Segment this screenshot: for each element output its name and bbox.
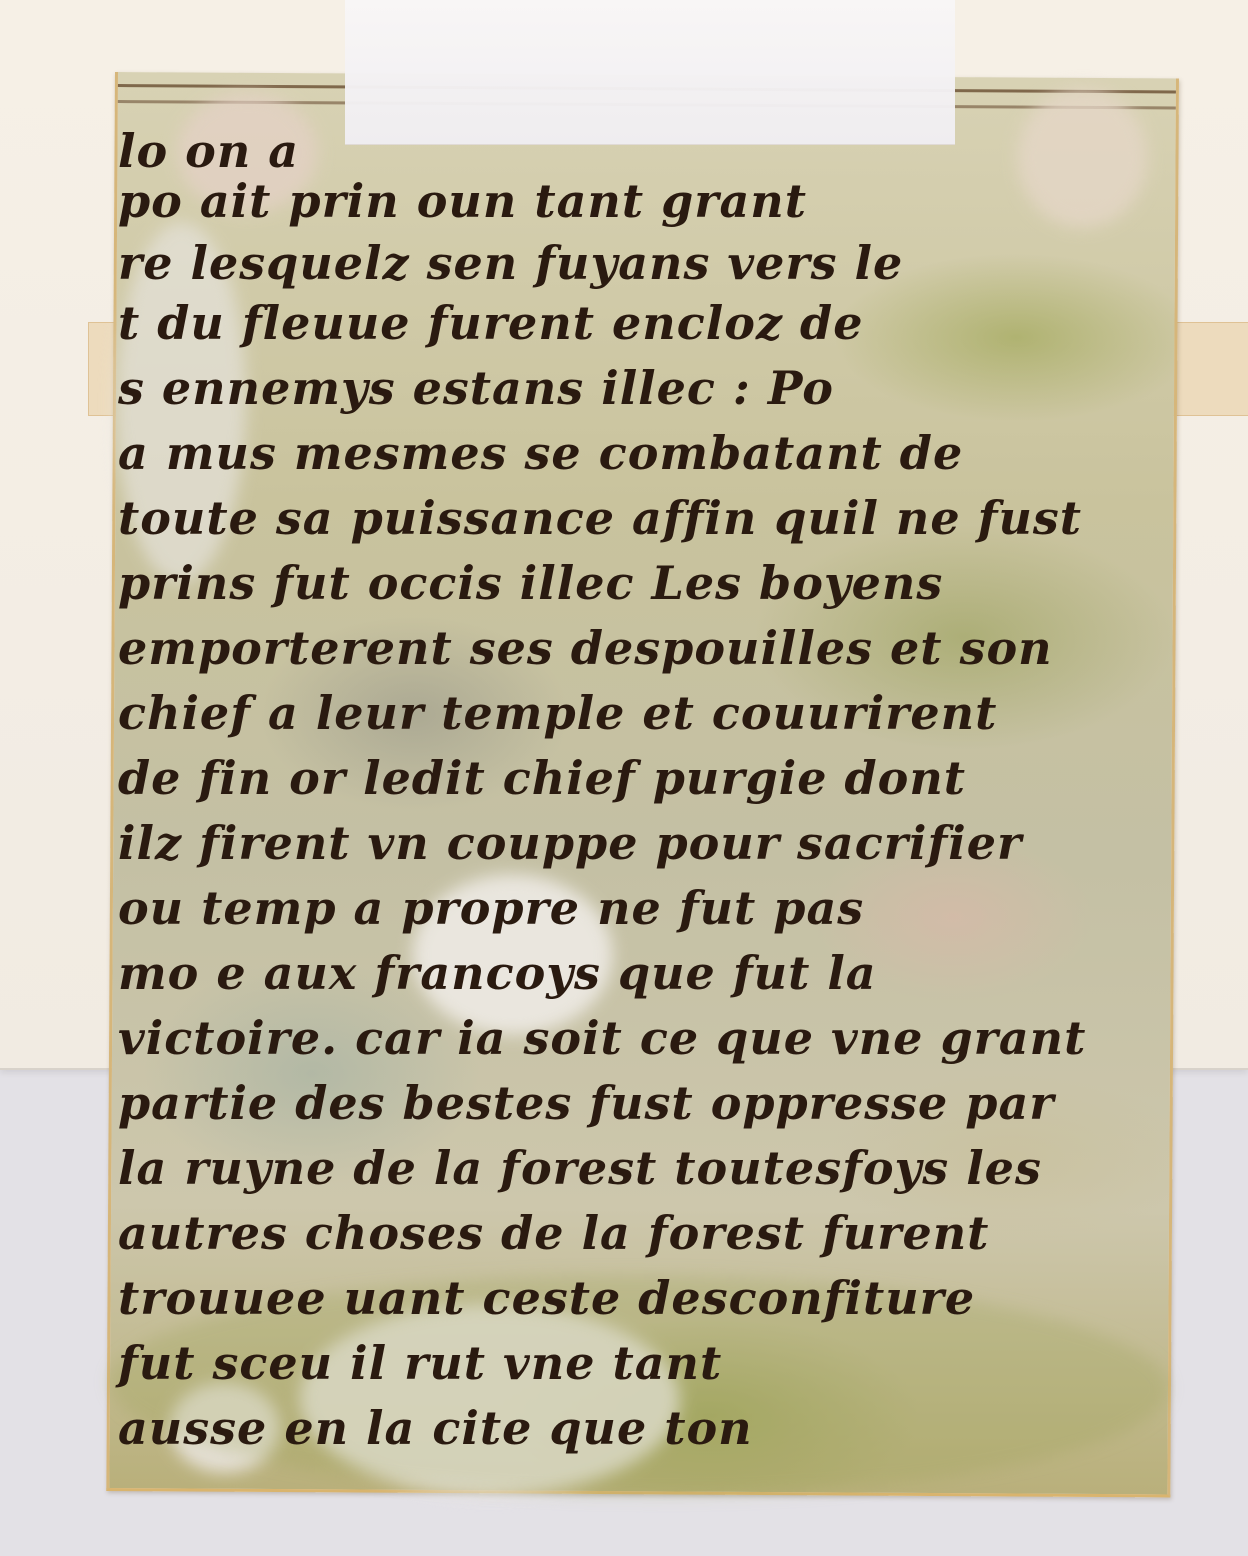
text-line: toute sa puissance affin quil ne fust — [118, 495, 1082, 541]
text-line: victoire. car ia soit ce que vne grant — [118, 1015, 1086, 1061]
text-line: mo e aux francoys que fut la — [118, 950, 877, 996]
text-line: de fin or ledit chief purgie dont — [118, 755, 966, 801]
text-line: prins fut occis illec Les boyens — [118, 560, 943, 606]
text-line: lo on a — [118, 128, 299, 174]
text-line: chief a leur temple et couurirent — [118, 690, 997, 736]
text-line: t du fleuue furent encloz de — [118, 300, 863, 346]
text-line: partie des bestes fust oppresse par — [118, 1080, 1055, 1126]
text-line: autres choses de la forest furent — [118, 1210, 989, 1256]
top-tape — [345, 0, 955, 145]
text-line: ilz firent vn couppe pour sacrifier — [118, 820, 1022, 866]
text-line: s ennemys estans illec : Po — [118, 365, 834, 411]
text-line: la ruyne de la forest toutesfoys les — [118, 1145, 1042, 1191]
hinge-tape-right — [1168, 322, 1248, 416]
text-line: a mus mesmes se combatant de — [118, 430, 963, 476]
text-line: re lesquelz sen fuyans vers le — [118, 240, 903, 286]
text-line: fut sceu il rut vne tant — [118, 1340, 722, 1386]
text-line: ou temp a propre ne fut pas — [118, 885, 864, 931]
text-line: ausse en la cite que ton — [118, 1405, 753, 1451]
text-line: emporterent ses despouilles et son — [118, 625, 1053, 671]
pigment-loss — [1017, 88, 1148, 229]
text-line: trouuee uant ceste desconfiture — [118, 1275, 975, 1321]
text-line: po ait prin oun tant grant — [118, 178, 807, 224]
